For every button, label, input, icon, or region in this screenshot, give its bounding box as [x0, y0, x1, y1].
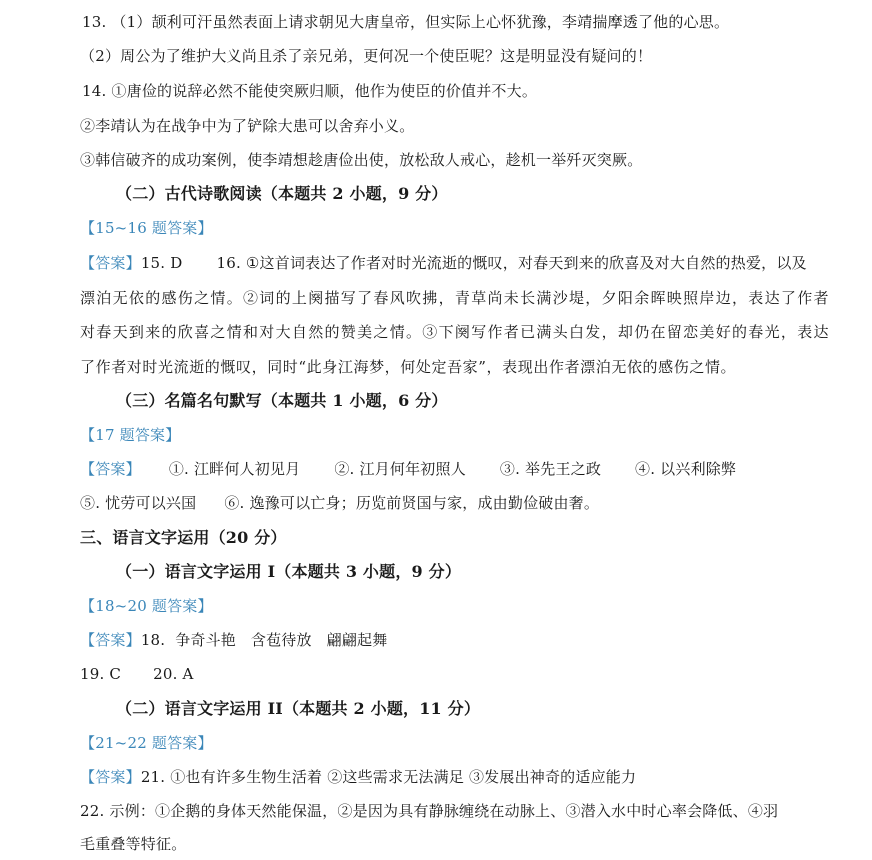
- part-heading-language-use: 三、语言文字运用（20 分）: [80, 528, 287, 548]
- answer-19-20-line: 19. C20. A: [80, 664, 194, 684]
- answer-q21: 21. ①也有许多生物生活着 ②这些需求无法满足 ③发展出神奇的适应能力: [141, 768, 636, 786]
- dictation-item-4: ④. 以兴利除弊: [635, 460, 736, 478]
- answer-21-line: 【答案】21. ①也有许多生物生活着 ②这些需求无法满足 ③发展出神奇的适应能力: [80, 767, 636, 787]
- q13-line-1: 13. （1）颉利可汗虽然表面上请求朝见大唐皇帝，但实际上心怀犹豫，李靖揣摩透了…: [82, 12, 729, 32]
- dictation-item-2: ②. 江月何年初照人: [334, 460, 466, 478]
- answer-label: 【答案】: [80, 460, 141, 478]
- dictation-item-6: ⑥. 逸豫可以亡身；历览前贤国与家，成由勤俭破由奢。: [224, 494, 599, 512]
- answer-label: 【答案】: [80, 631, 141, 649]
- answer-15-16-line-1: 【答案】15. D16. ①这首词表达了作者对时光流逝的慨叹，对春天到来的欣喜及…: [80, 253, 807, 273]
- q14-line-3: ③韩信破齐的成功案例，使李靖想趁唐俭出使，放松敌人戒心，趁机一举歼灭突厥。: [80, 150, 642, 170]
- answer-q16-line-4: 了作者对时光流逝的慨叹，同时“此身江海梦，何处定吾家”，表现出作者漂泊无依的感伤…: [80, 357, 736, 377]
- answer-q18: 18. 争奇斗艳 含苞待放 翩翩起舞: [141, 631, 388, 649]
- answer-tag-18-20: 【18~20 题答案】: [80, 596, 213, 616]
- answer-17-line-1: 【答案】①. 江畔何人初见月②. 江月何年初照人③. 举先王之政④. 以兴利除弊: [80, 459, 736, 479]
- q14-line-1: 14. ①唐俭的说辞必然不能使突厥归顺，他作为使臣的价值并不大。: [82, 81, 537, 101]
- answer-q16-line-3: 对春天到来的欣喜之情和对大自然的赞美之情。③下阕写作者已满头白发，却仍在留恋美好…: [80, 322, 830, 342]
- section-heading-poetry: （二）古代诗歌阅读（本题共 2 小题，9 分）: [116, 184, 448, 204]
- q14-line-2: ②李靖认为在战争中为了铲除大患可以舍弃小义。: [80, 116, 414, 136]
- section-heading-dictation: （三）名篇名句默写（本题共 1 小题，6 分）: [116, 391, 448, 411]
- section-heading-language-use-2: （二）语言文字运用 II（本题共 2 小题，11 分）: [116, 699, 480, 719]
- answer-q22-line-1: 22. 示例：①企鹅的身体天然能保温，②是因为具有静脉缠绕在动脉上、③潜入水中时…: [80, 801, 778, 821]
- answer-q15: 15. D: [141, 254, 183, 272]
- q13-line-2: （2）周公为了维护大义尚且杀了亲兄弟，更何况一个使臣呢？这是明显没有疑问的！: [80, 46, 652, 66]
- answer-tag-21-22: 【21~22 题答案】: [80, 733, 213, 753]
- section-heading-language-use-1: （一）语言文字运用 I（本题共 3 小题，9 分）: [116, 562, 461, 582]
- answer-tag-15-16: 【15~16 题答案】: [80, 218, 213, 238]
- dictation-item-1: ①. 江畔何人初见月: [169, 460, 301, 478]
- answer-q20: 20. A: [153, 665, 193, 683]
- answer-label: 【答案】: [80, 768, 141, 786]
- answer-17-line-2: ⑤. 忧劳可以兴国⑥. 逸豫可以亡身；历览前贤国与家，成由勤俭破由奢。: [80, 493, 599, 513]
- dictation-item-5: ⑤. 忧劳可以兴国: [80, 494, 196, 512]
- answer-q19: 19. C: [80, 665, 121, 683]
- answer-18-20-line-1: 【答案】18. 争奇斗艳 含苞待放 翩翩起舞: [80, 630, 387, 650]
- answer-q16-line-1: 16. ①这首词表达了作者对时光流逝的慨叹，对春天到来的欣喜及对大自然的热爱，以…: [216, 254, 806, 272]
- answer-label: 【答案】: [80, 254, 141, 272]
- dictation-item-3: ③. 举先王之政: [500, 460, 601, 478]
- answer-tag-17: 【17 题答案】: [80, 425, 180, 445]
- answer-q16-line-2: 漂泊无依的感伤之情。②词的上阕描写了春风吹拂，青草尚未长满沙堤，夕阳余晖映照岸边…: [80, 288, 830, 308]
- answer-q22-line-2: 毛重叠等特征。: [80, 834, 186, 854]
